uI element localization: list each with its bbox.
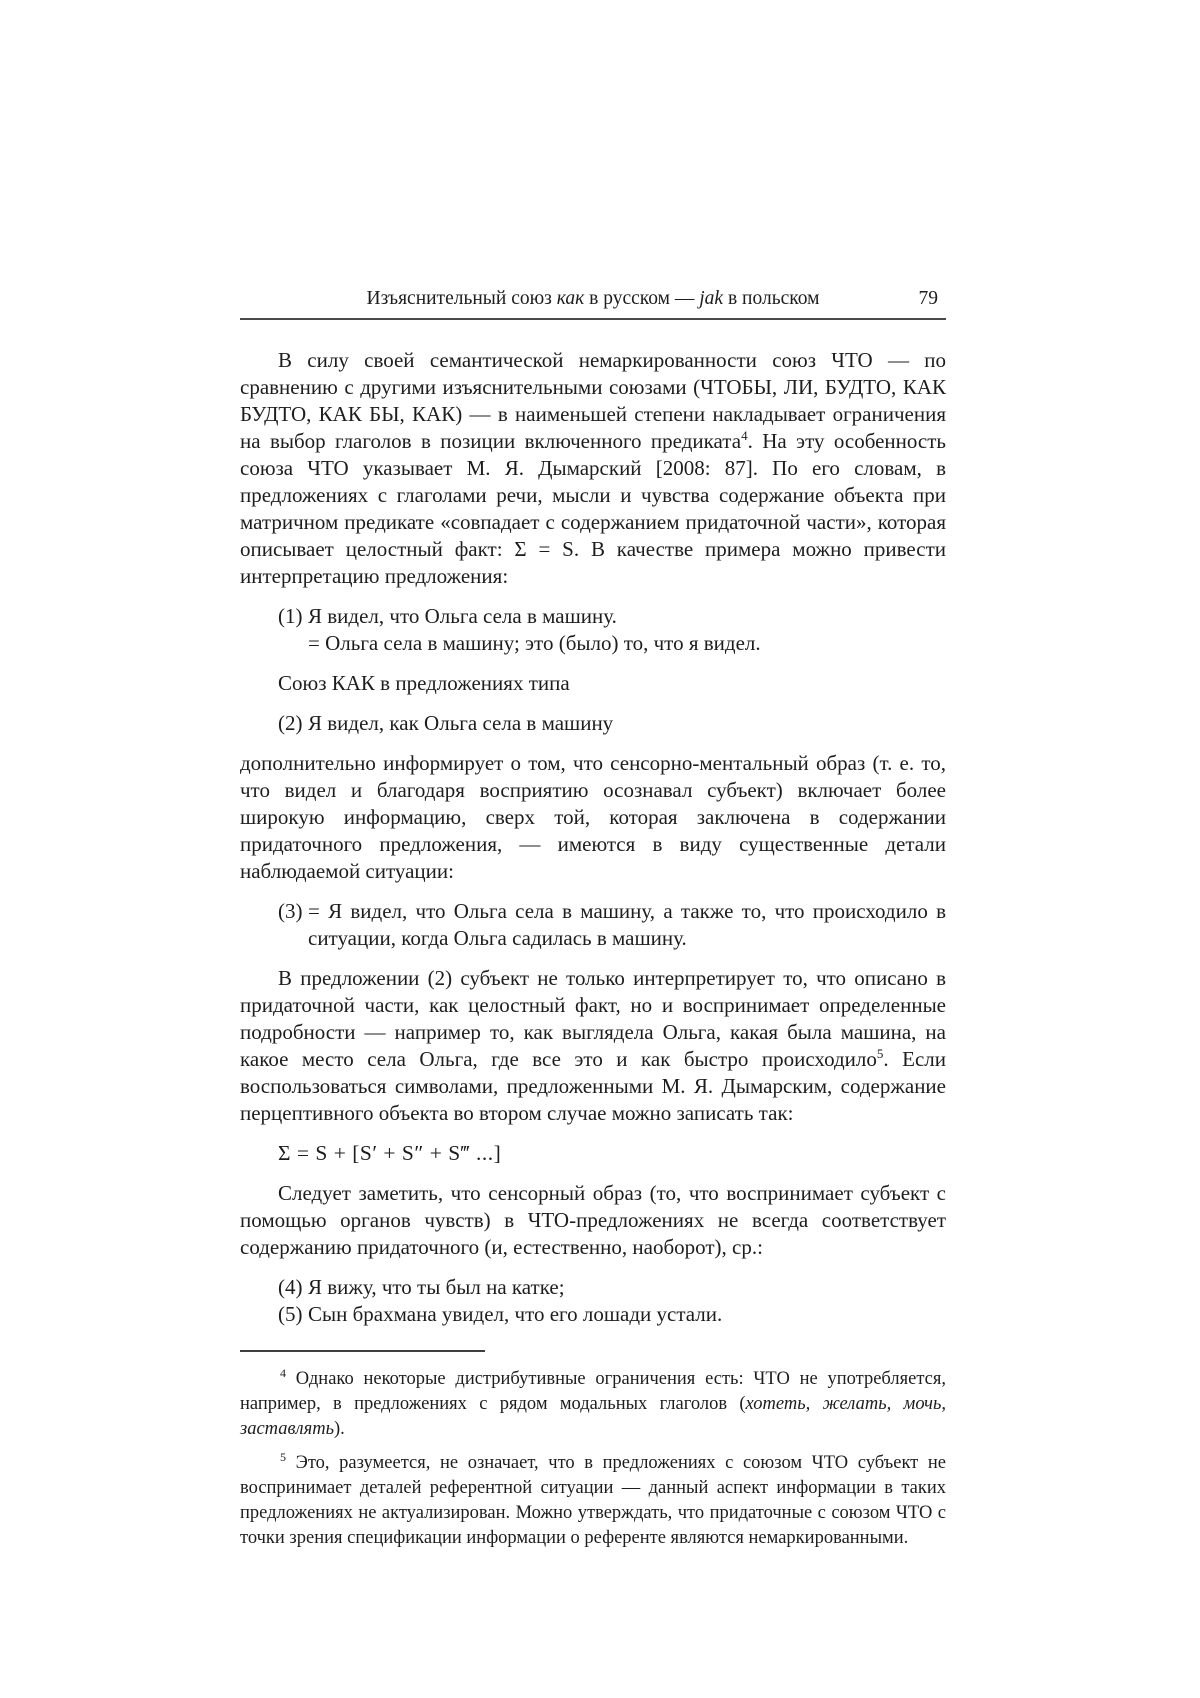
- footnote-4: 4 Однако некоторые дистрибутивные ограни…: [240, 1367, 946, 1442]
- paragraph-3: дополнительно информирует о том, что сен…: [240, 750, 946, 885]
- footnote-separator-rule: [240, 1350, 485, 1352]
- footnote-5: 5 Это, разумеется, не означает, что в пр…: [240, 1451, 946, 1551]
- example-2: (2) Я видел, как Ольга села в машину: [240, 710, 946, 737]
- example-3-text: = Я видел, что Ольга села в машину, а та…: [308, 898, 946, 952]
- header-title-prefix: Изъяснительный союз: [367, 288, 557, 309]
- header-title-suffix: в польском: [723, 288, 819, 309]
- footnote-4-text-b: ).: [334, 1419, 345, 1439]
- example-3-number: (3): [240, 898, 308, 952]
- header-title-italic-jak: jak: [699, 288, 723, 309]
- body-text: В силу своей семантической немаркированн…: [240, 347, 946, 1328]
- example-1-number: (1): [240, 603, 308, 657]
- example-4-number: (4): [240, 1274, 308, 1301]
- footnote-5-marker: 5: [280, 1450, 286, 1464]
- paragraph-4: В предложении (2) субъект не только инте…: [240, 965, 946, 1127]
- example-4: (4) Я вижу, что ты был на катке;: [240, 1274, 946, 1301]
- example-1-line-2: = Ольга села в машину; это (было) то, чт…: [308, 630, 946, 657]
- paragraph-5: Следует заметить, что сенсорный образ (т…: [240, 1180, 946, 1261]
- header-title-middle: в русском —: [584, 288, 699, 309]
- document-page: Изъяснительный союз как в русском — jak …: [0, 0, 1200, 1698]
- example-4-text: Я вижу, что ты был на катке;: [308, 1274, 946, 1301]
- paragraph-4-text-a: В предложении (2) субъект не только инте…: [240, 966, 946, 1071]
- example-3: (3) = Я видел, что Ольга села в машину, …: [240, 898, 946, 952]
- example-5-text: Сын брахмана увидел, что его лошади уста…: [308, 1301, 946, 1328]
- example-1-text: Я видел, что Ольга села в машину.= Ольга…: [308, 603, 946, 657]
- footnote-5-text: Это, разумеется, не означает, что в пред…: [240, 1453, 946, 1548]
- example-5-number: (5): [240, 1301, 308, 1328]
- example-2-number: (2): [240, 710, 308, 737]
- page-number: 79: [919, 287, 939, 311]
- running-header: Изъяснительный союз как в русском — jak …: [240, 287, 946, 320]
- header-title: Изъяснительный союз как в русском — jak …: [367, 288, 820, 309]
- example-1: (1) Я видел, что Ольга села в машину.= О…: [240, 603, 946, 657]
- example-1-line-1: Я видел, что Ольга села в машину.: [308, 603, 946, 630]
- footnotes-section: 4 Однако некоторые дистрибутивные ограни…: [240, 1350, 946, 1551]
- paragraph-2: Союз КАК в предложениях типа: [240, 670, 946, 697]
- example-group-4-5: (4) Я вижу, что ты был на катке; (5) Сын…: [240, 1274, 946, 1328]
- footnote-4-marker: 4: [280, 1366, 286, 1380]
- header-title-italic-kak: как: [557, 288, 585, 309]
- example-5: (5) Сын брахмана увидел, что его лошади …: [240, 1301, 946, 1328]
- paragraph-1: В силу своей семантической немаркированн…: [240, 347, 946, 590]
- example-2-text: Я видел, как Ольга села в машину: [308, 710, 946, 737]
- sigma-formula: Σ = S + [S′ + S″ + S‴ ...]: [240, 1140, 946, 1167]
